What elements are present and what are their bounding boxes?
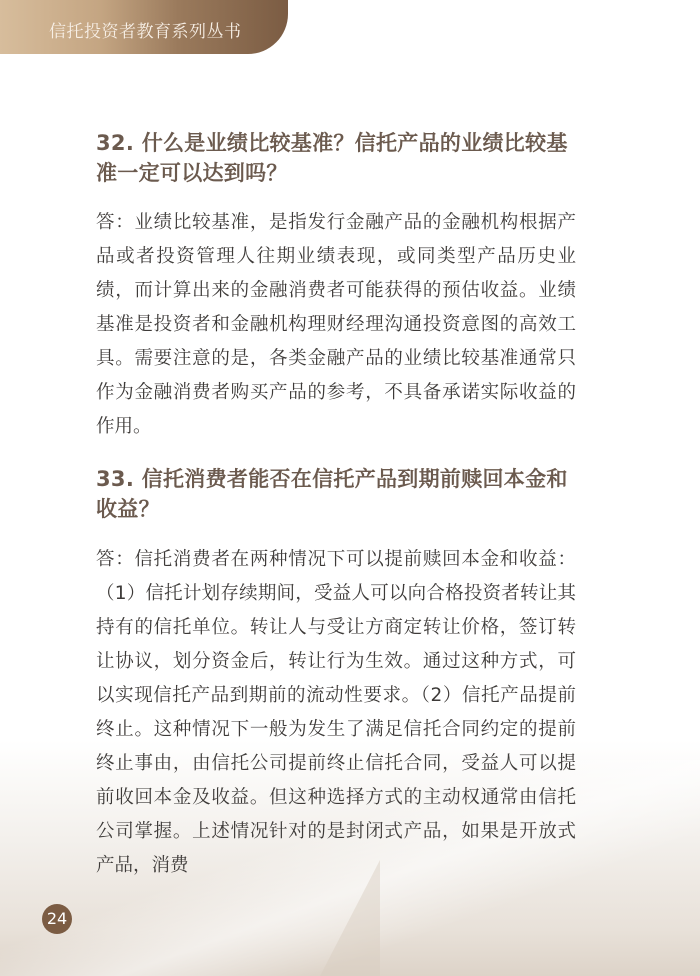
qa-section-33: 33. 信托消费者能否在信托产品到期前赎回本金和收益？ 答：信托消费者在两种情况… xyxy=(96,464,576,883)
question-heading: 32. 什么是业绩比较基准？信托产品的业绩比较基准一定可以达到吗？ xyxy=(96,128,576,188)
series-header-bar: 信托投资者教育系列丛书 xyxy=(0,0,288,54)
series-title: 信托投资者教育系列丛书 xyxy=(49,17,242,42)
question-heading: 33. 信托消费者能否在信托产品到期前赎回本金和收益？ xyxy=(96,464,576,524)
answer-paragraph: 答：业绩比较基准，是指发行金融产品的金融机构根据产品或者投资管理人往期业绩表现，… xyxy=(96,206,576,444)
qa-section-32: 32. 什么是业绩比较基准？信托产品的业绩比较基准一定可以达到吗？ 答：业绩比较… xyxy=(96,128,576,444)
page-content: 32. 什么是业绩比较基准？信托产品的业绩比较基准一定可以达到吗？ 答：业绩比较… xyxy=(96,128,576,883)
page-number-badge: 24 xyxy=(42,904,72,934)
answer-paragraph: 答：信托消费者在两种情况下可以提前赎回本金和收益：（1）信托计划存续期间，受益人… xyxy=(96,543,576,883)
